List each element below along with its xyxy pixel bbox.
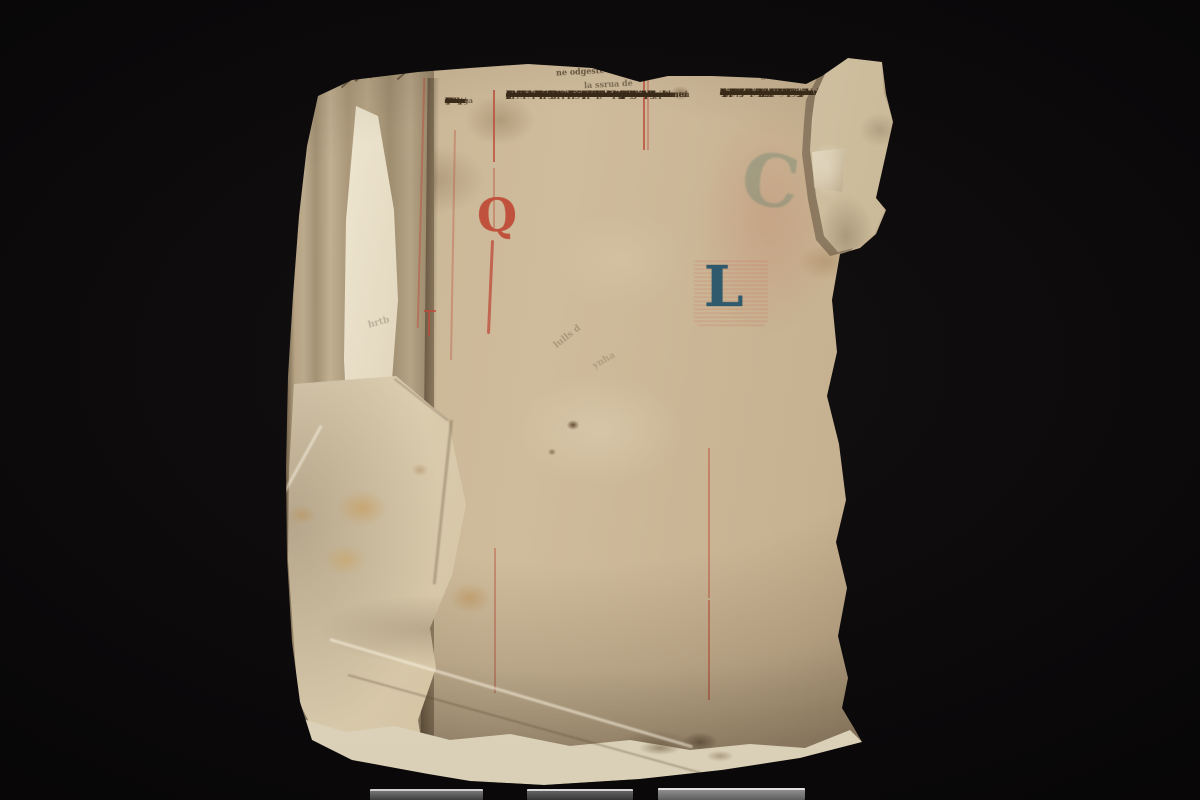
manuscript-text-line: le <box>294 112 301 126</box>
calibration-patch-3 <box>658 788 805 800</box>
manuscript-text-line: fi <box>294 112 299 125</box>
manuscript-text-line: ie <box>294 112 301 126</box>
manuscript-text-line: lut <box>295 112 305 126</box>
manuscript-book: wsalrintlutarmeiehfientolarveriselenueri… <box>0 0 1200 800</box>
manuscript-text-line: al <box>294 112 301 126</box>
hatch-mark <box>382 58 403 75</box>
manuscript-text-line: al <box>294 112 301 126</box>
manuscript-text-line: ni <box>294 112 301 126</box>
manuscript-text-line: h <box>295 112 300 125</box>
manuscript-text-line: en <box>295 112 304 126</box>
calibration-patch-2 <box>527 789 633 800</box>
manuscript-text-line: nt <box>294 112 302 126</box>
manuscript-text-line: ar <box>294 112 302 126</box>
manuscript-text-line: es <box>294 112 302 126</box>
manuscript-text-line: ne <box>294 112 303 126</box>
calibration-patch-1 <box>370 789 483 800</box>
manuscript-text-line: el <box>294 112 301 126</box>
manuscript-text-line: ar <box>295 112 303 126</box>
flap-text-fragment: s guieg ud lanc g <box>756 47 833 66</box>
shading-overlay <box>0 0 1200 800</box>
manuscript-text-line: le <box>294 112 301 126</box>
manuscript-text-line: ar <box>294 112 302 126</box>
manuscript-text-line: u <box>294 112 299 125</box>
manuscript-text-line: os <box>295 112 303 126</box>
manuscript-text-line: re <box>294 112 302 126</box>
manuscript-text-line: an <box>295 112 304 126</box>
manuscript-text-line: ws <box>295 112 304 126</box>
manuscript-text-line: ol <box>295 112 302 126</box>
manuscript-text-line: nu <box>295 112 304 126</box>
manuscript-text-line: nt <box>294 112 302 126</box>
manuscript-text-line: o <box>295 112 299 125</box>
manuscript-text-line: me <box>295 112 306 126</box>
manuscript-text-line: ar <box>294 112 302 126</box>
manuscript-text-line: se <box>295 112 303 126</box>
manuscript-text-line: it <box>295 112 300 125</box>
manuscript-text-line: ou <box>295 112 304 126</box>
manuscript-text-line: in <box>295 112 302 126</box>
manuscript-text-line: ri <box>295 112 301 126</box>
photo-stage: wsalrintlutarmeiehfientolarveriselenueri… <box>0 0 1200 800</box>
hatch-mark <box>369 59 389 78</box>
manuscript-text-line: it <box>295 112 300 125</box>
manuscript-text-line: ve <box>295 112 303 126</box>
manuscript-text-line: te <box>295 112 302 126</box>
manuscript-text-line: es <box>294 112 302 126</box>
manuscript-text-line: ne <box>294 112 303 126</box>
manuscript-text-line: e <box>295 112 299 125</box>
manuscript-text-line: le <box>295 112 302 126</box>
manuscript-text-line: er <box>294 112 302 126</box>
manuscript-text-line: ur <box>294 112 302 126</box>
manuscript-text-line: ra <box>295 112 303 126</box>
manuscript-text-line: ri <box>294 112 300 126</box>
